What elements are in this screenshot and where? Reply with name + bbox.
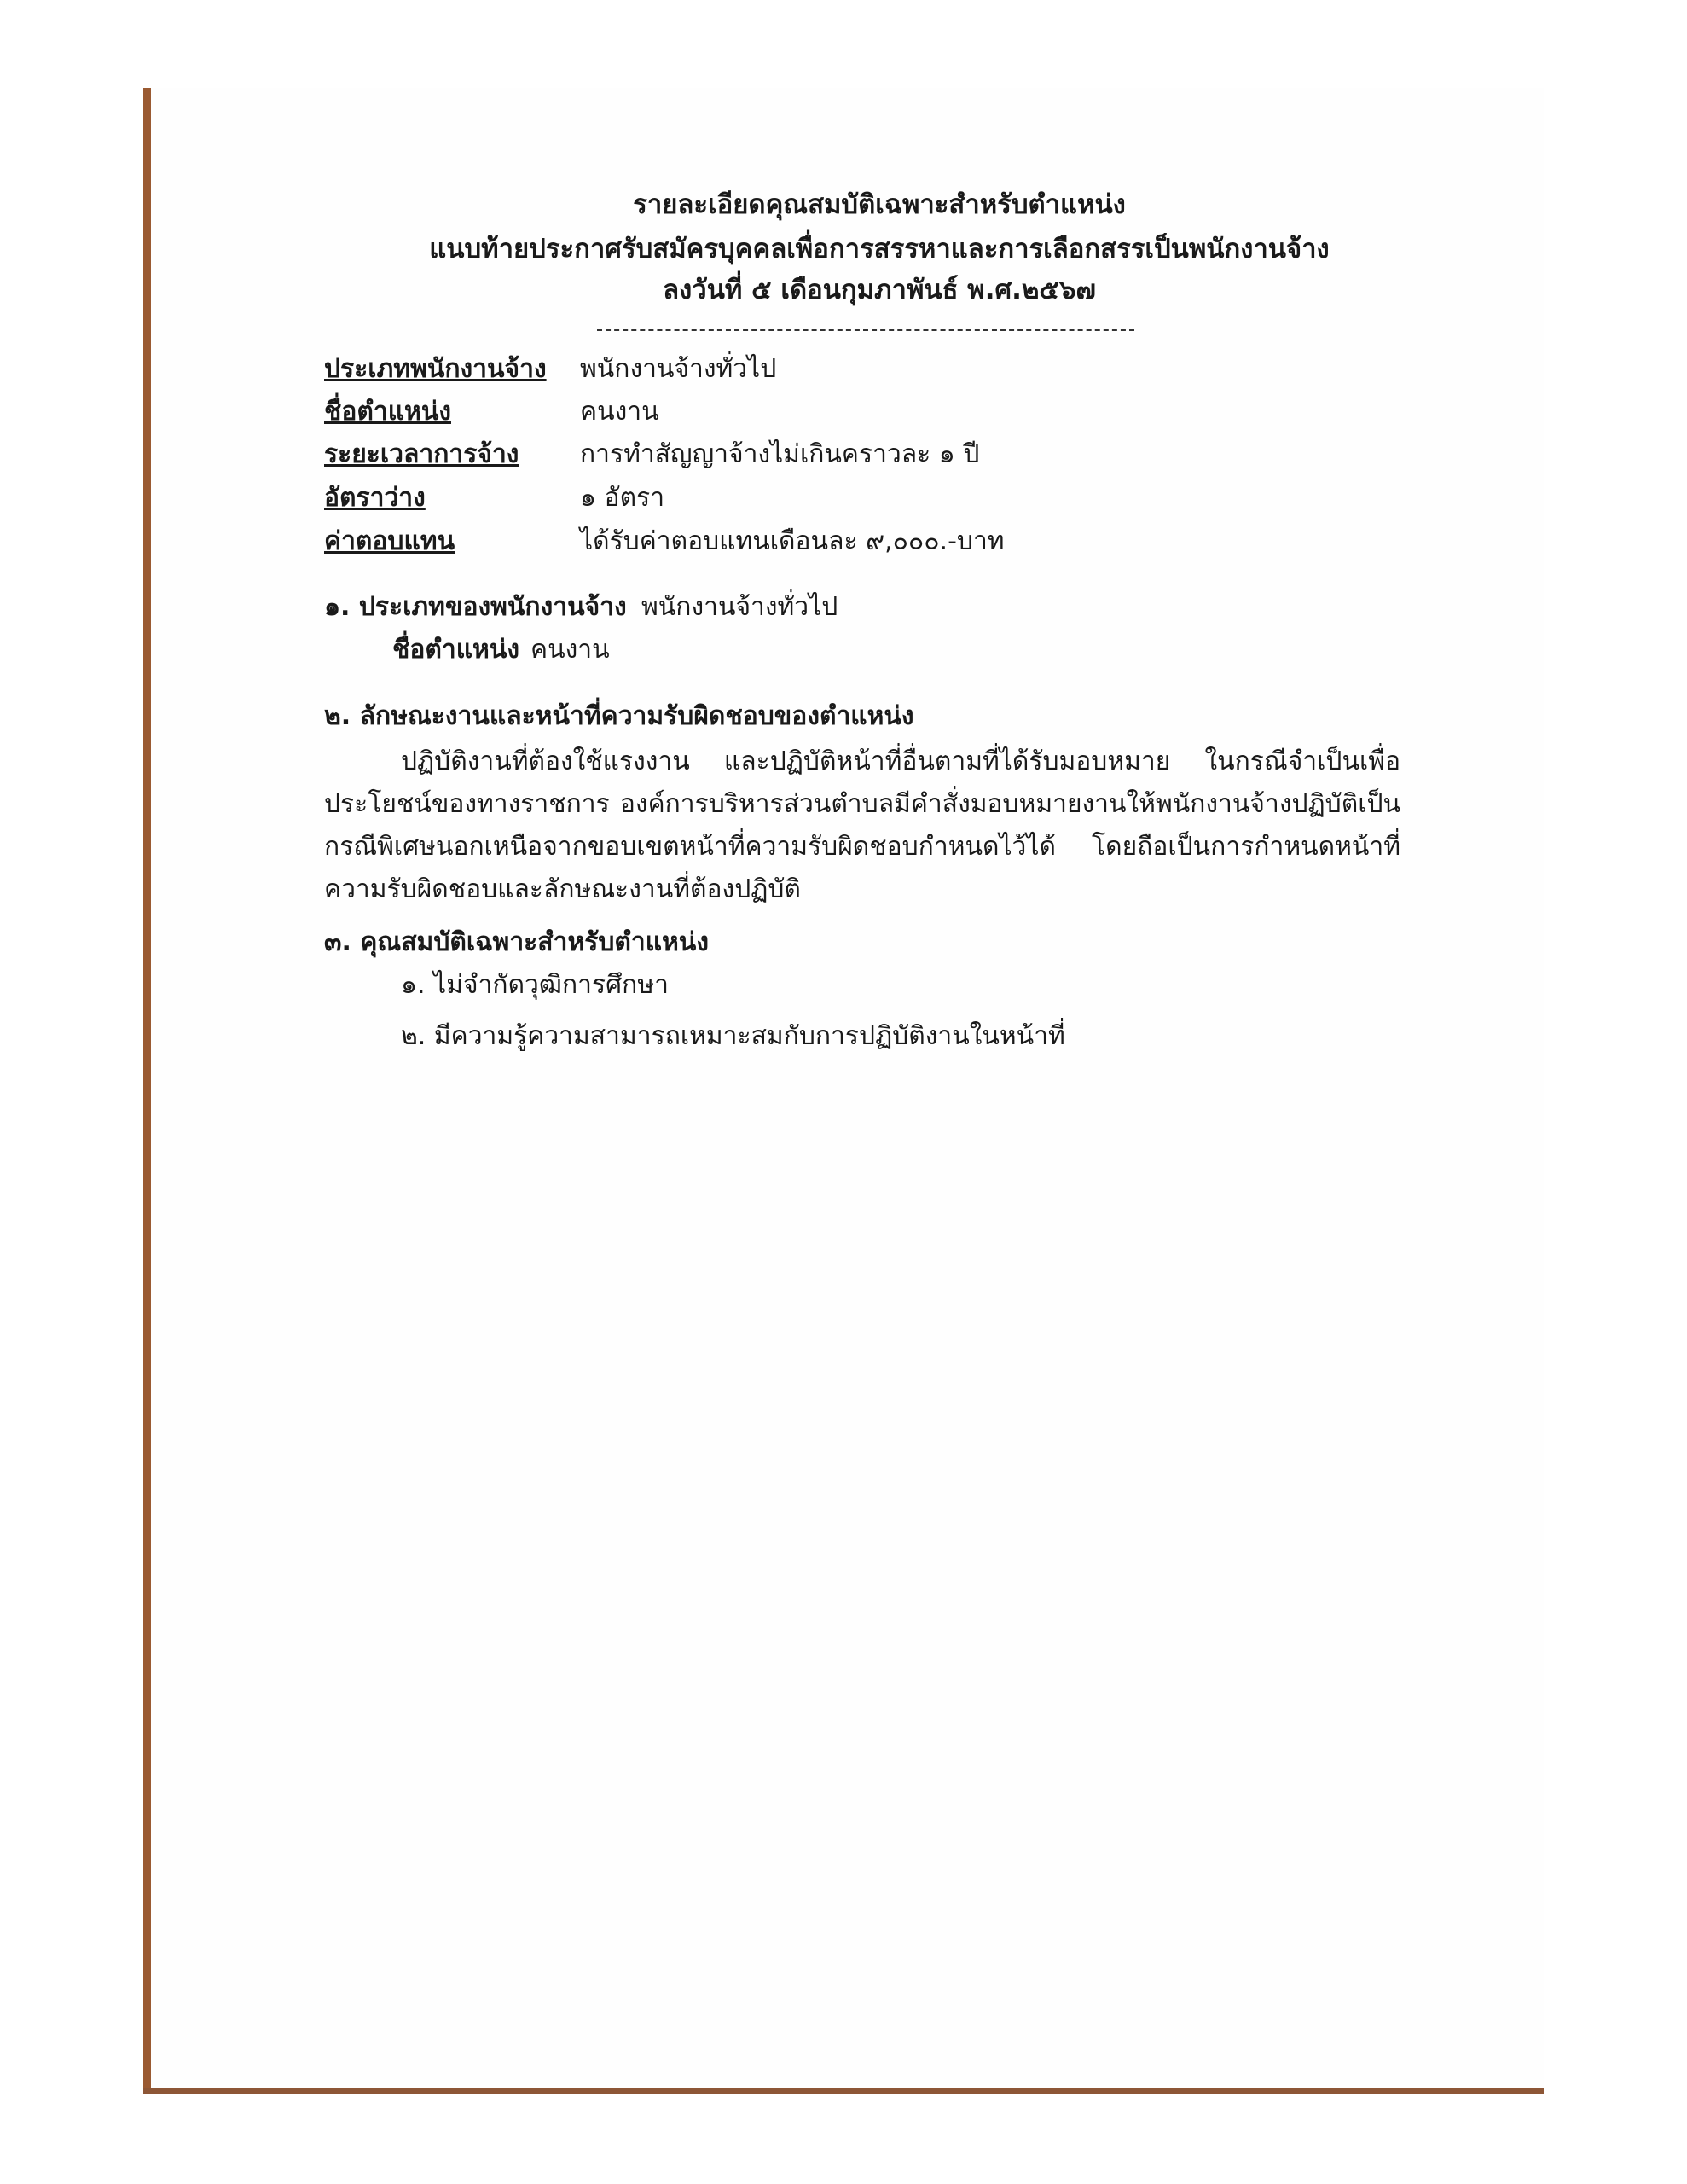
dashed-separator [597, 329, 1134, 331]
label-employment-period: ระยะเวลาการจ้าง [324, 438, 519, 472]
section-2-heading: ๒. ลักษณะงานและหน้าที่ความรับผิดชอบของตำ… [324, 700, 914, 734]
paper-edge-bottom [143, 2088, 1544, 2094]
label-vacancies: อัตราว่าง [324, 481, 426, 515]
qualification-item: ๒. มีความรู้ความสามารถเหมาะสมกับการปฏิบั… [401, 1019, 1065, 1054]
paper-edge-left [143, 88, 151, 2094]
section-1-sub-value: คนงาน [530, 633, 610, 667]
document-page [151, 88, 1544, 2088]
value-employment-period: การทำสัญญาจ้างไม่เกินคราวละ ๑ ปี [580, 438, 979, 472]
section-1-heading: ๑. ประเภทของพนักงานจ้าง [324, 590, 627, 624]
qualification-item: ๑. ไม่จำกัดวุฒิการศึกษา [401, 968, 669, 1002]
label-compensation: ค่าตอบแทน [324, 525, 455, 559]
label-position-name: ชื่อตำแหน่ง [324, 395, 451, 429]
value-compensation: ได้รับค่าตอบแทนเดือนละ ๙,๐๐๐.-บาท [580, 525, 1005, 559]
section-1-value: พนักงานจ้างทั่วไป [641, 590, 838, 624]
value-employee-type: พนักงานจ้างทั่วไป [580, 352, 776, 386]
section-3-heading: ๓. คุณสมบัติเฉพาะสำหรับตำแหน่ง [324, 926, 709, 960]
title-line-1: รายละเอียดคุณสมบัติเฉพาะสำหรับตำแหน่ง [36, 188, 1687, 222]
label-employee-type: ประเภทพนักงานจ้าง [324, 352, 547, 386]
value-vacancies: ๑ อัตรา [580, 481, 664, 515]
section-2-paragraph: ปฏิบัติงานที่ต้องใช้แรงงาน และปฏิบัติหน้… [324, 741, 1400, 911]
value-position-name: คนงาน [580, 395, 659, 429]
title-line-2: แนบท้ายประกาศรับสมัครบุคคลเพื่อการสรรหาแ… [36, 232, 1687, 266]
section-1-sub-label: ชื่อตำแหน่ง [392, 633, 519, 667]
title-date-line: ลงวันที่ ๕ เดือนกุมภาพันธ์ พ.ศ.๒๕๖๗ [36, 273, 1687, 307]
